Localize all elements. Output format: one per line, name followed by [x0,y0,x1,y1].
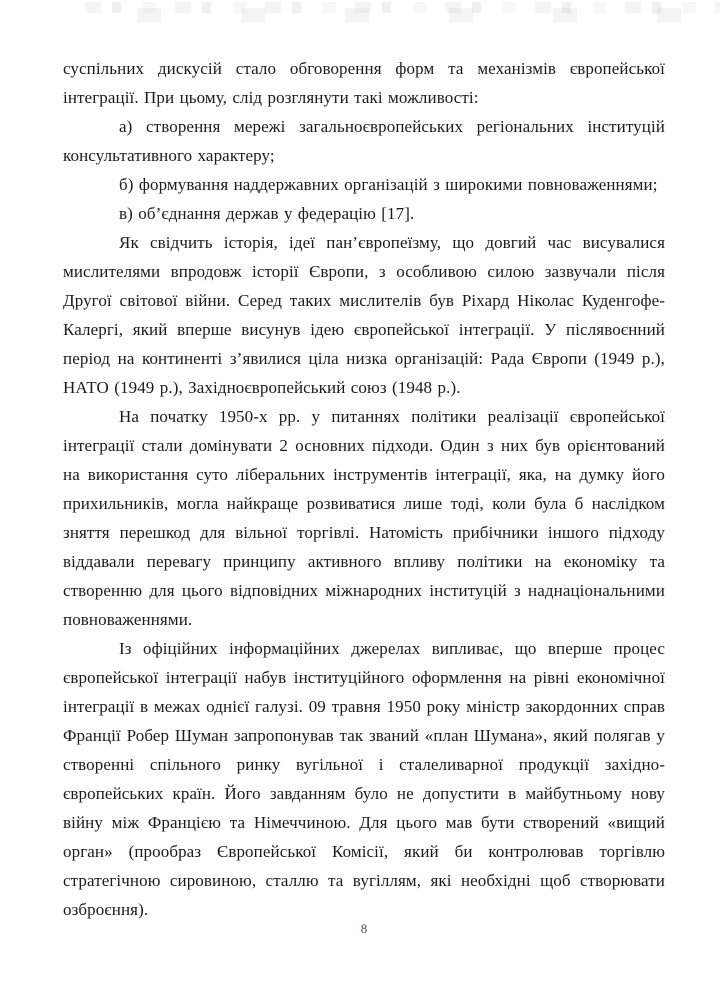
document-page: суспільних дискусій стало обговорення фо… [0,0,728,1000]
text-block: суспільних дискусій стало обговорення фо… [63,54,665,924]
page-number: 8 [0,920,728,938]
scan-noise-artifact [85,2,720,22]
paragraph-continuation: суспільних дискусій стало обговорення фо… [63,54,665,112]
list-item-a: а) створення мережі загальноєвропейських… [63,112,665,170]
paragraph-schuman-plan: Із офіційних інформаційних джерелах випл… [63,634,665,924]
paragraph-1950s-approaches: На початку 1950-х рр. у питаннях політик… [63,402,665,634]
paragraph-history: Як свідчить історія, ідеї пан’європеїзму… [63,228,665,402]
list-item-b: б) формування наддержавних організацій з… [63,170,665,199]
list-item-v: в) об’єднання держав у федерацію [17]. [63,199,665,228]
